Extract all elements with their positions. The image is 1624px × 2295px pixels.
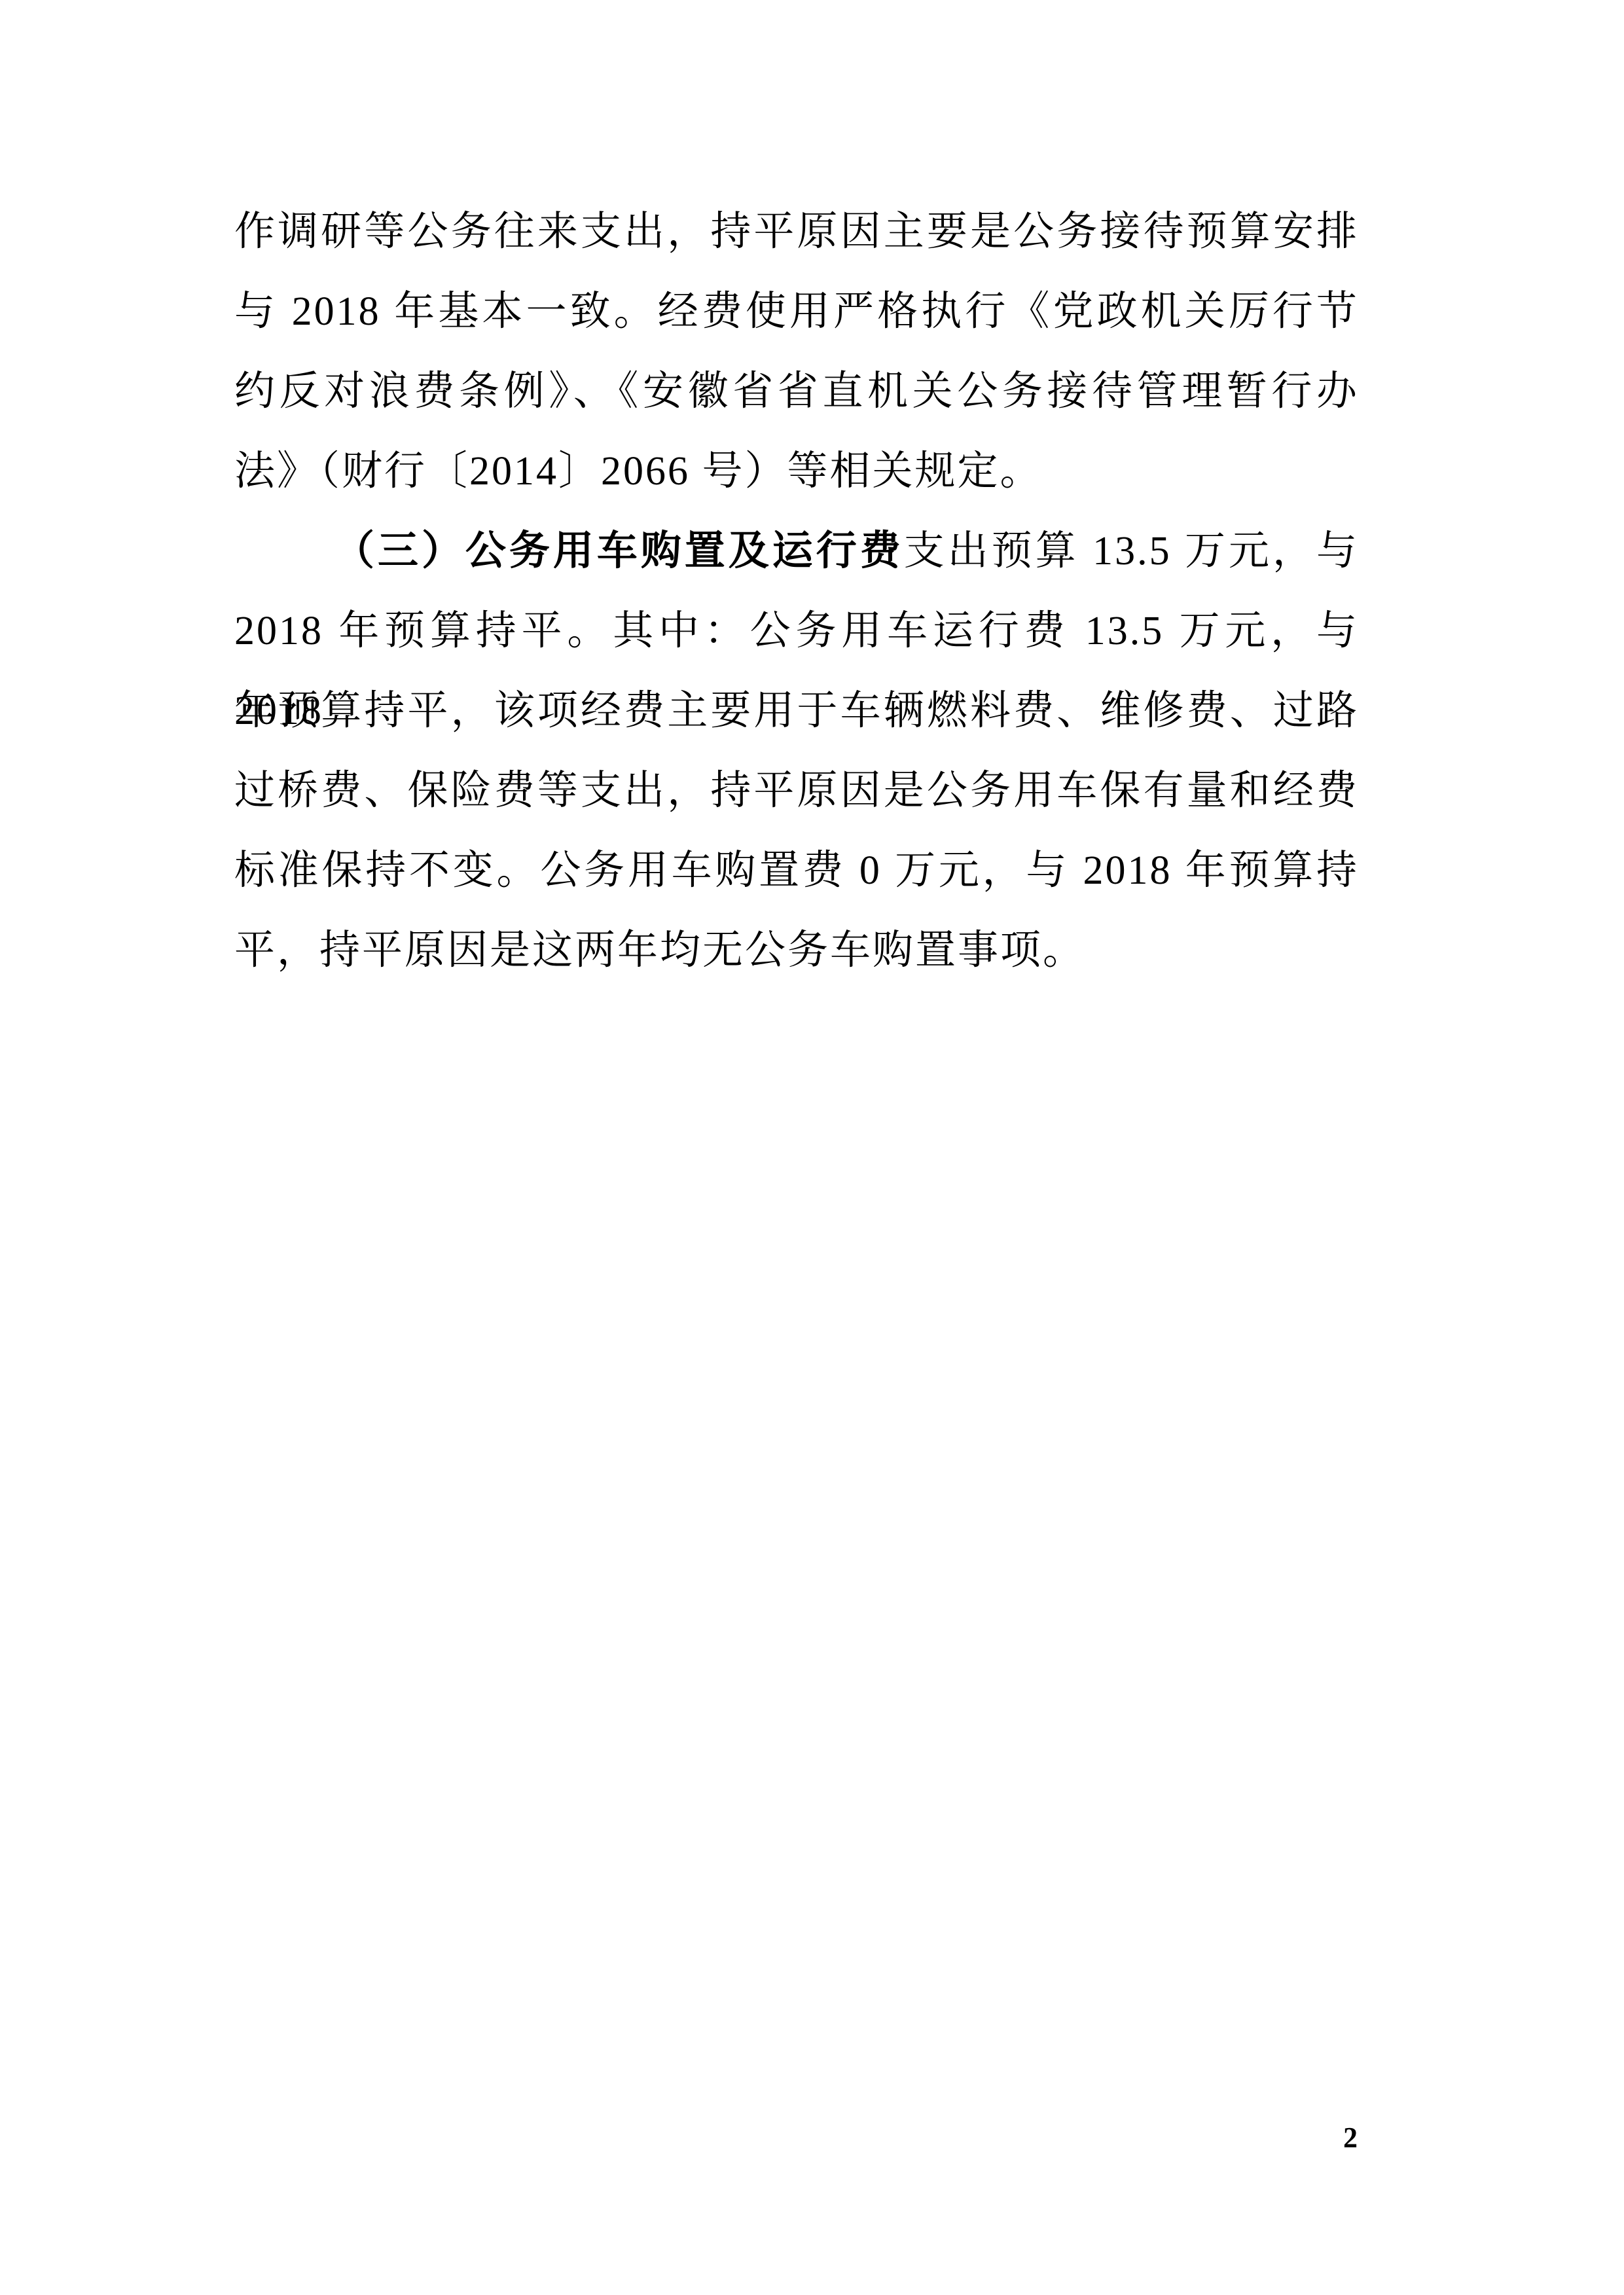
body-text: 过桥费、保险费等支出，持平原因是公务用车保有量和经费 [234, 768, 1359, 813]
text-block: 作调研等公务往来支出，持平原因主要是公务接待预算安排与 2018 年基本一致。经… [234, 192, 1359, 990]
body-text: 年预算持平，该项经费主要用于车辆燃料费、维修费、过路 [234, 689, 1359, 733]
text-line: （三）公务用车购置及运行费支出预算 13.5 万元，与 [234, 511, 1359, 591]
text-line: 法》（财行〔2014〕2066 号）等相关规定。 [234, 431, 1359, 511]
text-line: 平，持平原因是这两年均无公务车购置事项。 [234, 911, 1359, 990]
text-line: 标准保持不变。公务用车购置费 0 万元，与 2018 年预算持 [234, 831, 1359, 911]
body-text: 标准保持不变。公务用车购置费 0 万元，与 2018 年预算持 [234, 848, 1359, 893]
body-text: 约反对浪费条例》、《安徽省省直机关公务接待管理暂行办 [234, 369, 1359, 414]
body-text: 平，持平原因是这两年均无公务车购置事项。 [234, 928, 1085, 973]
text-line: 2018 年预算持平。其中：公务用车运行费 13.5 万元，与 2018 [234, 591, 1359, 671]
body-text: 法》（财行〔2014〕2066 号）等相关规定。 [234, 449, 1043, 494]
page-number: 2 [1343, 2121, 1358, 2155]
paragraph: （三）公务用车购置及运行费支出预算 13.5 万元，与2018 年预算持平。其中… [234, 511, 1359, 990]
text-line: 年预算持平，该项经费主要用于车辆燃料费、维修费、过路 [234, 671, 1359, 751]
section-heading-text: （三）公务用车购置及运行费 [334, 529, 904, 573]
text-line: 约反对浪费条例》、《安徽省省直机关公务接待管理暂行办 [234, 352, 1359, 431]
text-line: 作调研等公务往来支出，持平原因主要是公务接待预算安排 [234, 192, 1359, 272]
body-text: 支出预算 13.5 万元，与 [904, 529, 1359, 573]
paragraph: 作调研等公务往来支出，持平原因主要是公务接待预算安排与 2018 年基本一致。经… [234, 192, 1359, 511]
document-page: 作调研等公务往来支出，持平原因主要是公务接待预算安排与 2018 年基本一致。经… [0, 0, 1624, 2295]
body-text: 作调研等公务往来支出，持平原因主要是公务接待预算安排 [234, 209, 1359, 254]
text-line: 过桥费、保险费等支出，持平原因是公务用车保有量和经费 [234, 751, 1359, 831]
body-text: 与 2018 年基本一致。经费使用严格执行《党政机关厉行节 [234, 289, 1359, 334]
text-line: 与 2018 年基本一致。经费使用严格执行《党政机关厉行节 [234, 272, 1359, 352]
